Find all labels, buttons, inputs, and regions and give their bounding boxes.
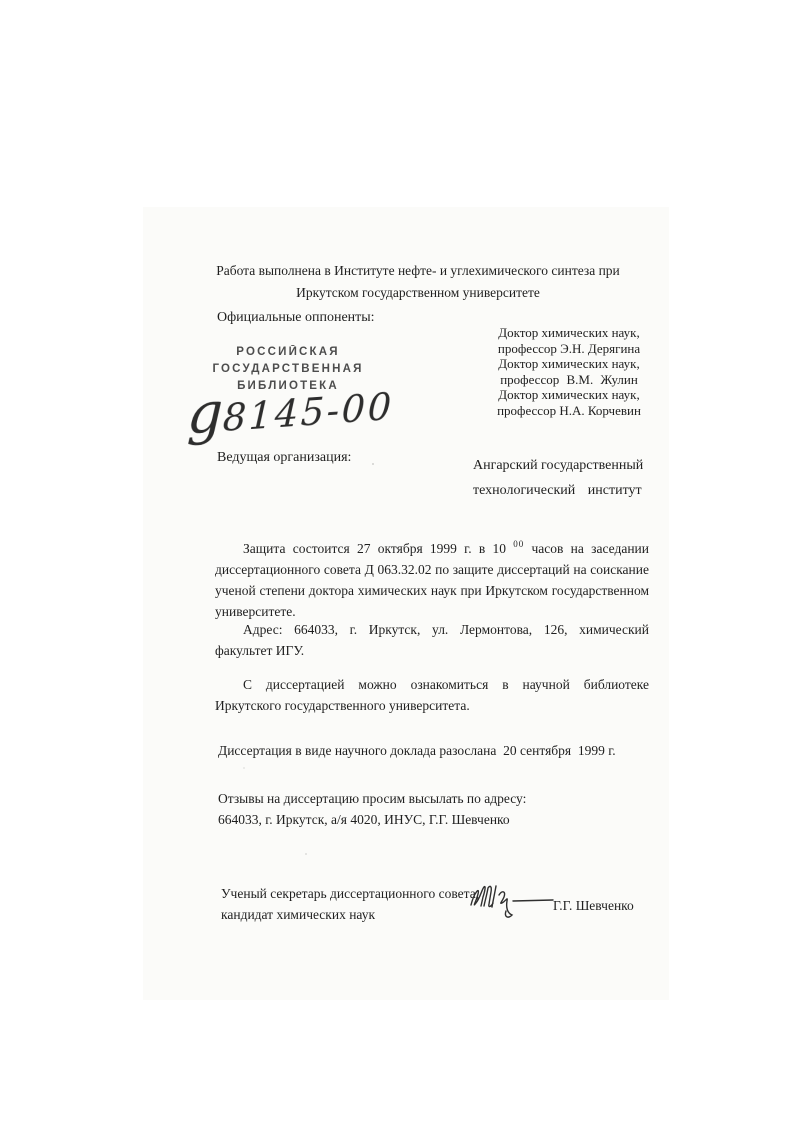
scan-speckle [305,853,307,855]
leading-org-line-2: технологический институт [473,478,643,503]
scan-speckle [613,907,615,909]
stamp-line-1: РОССИЙСКАЯ [198,344,378,361]
defense-line-2: диссертационного совета Д 063.32.02 по з… [215,559,649,580]
defense-paragraph: Защита состоится 27 октября 1999 г. в 10… [215,534,649,622]
secretary-line-1: Ученый секретарь диссертационного совета… [221,883,479,904]
heading-line-1: Работа выполнена в Институте нефте- и уг… [183,260,653,282]
defense-hours-superscript: 00 [513,539,524,549]
feedback-address: Отзывы на диссертацию просим высылать по… [218,788,526,830]
scan-speckle [372,463,374,465]
opponent-degree: Доктор химических наук, [483,325,655,341]
library-access-paragraph: С диссертацией можно ознакомиться в науч… [215,674,649,716]
feedback-line-2: 664033, г. Иркутск, а/я 4020, ИНУС, Г.Г.… [218,809,526,830]
accession-digits: 8145-00 [222,385,394,440]
document-page: Работа выполнена в Институте нефте- и уг… [143,207,669,1000]
scan-speckle [243,767,245,769]
leading-org-line-1: Ангарский государственный [473,453,643,478]
opponent-name: профессор В.М. Жулин [483,372,655,388]
defense-line-3: ученой степени доктора химических наук п… [215,580,649,601]
opponents-label: Официальные оппоненты: [217,310,375,326]
opponent-degree: Доктор химических наук, [483,356,655,372]
mailed-date-line: Диссертация в виде научного доклада разо… [218,743,616,759]
address-paragraph: Адрес: 664033, г. Иркутск, ул. Лермонтов… [215,619,649,661]
library-line-2: Иркутского государственного университета… [215,695,649,716]
feedback-line-1: Отзывы на диссертацию просим высылать по… [218,788,526,809]
secretary-block: Ученый секретарь диссертационного совета… [221,883,479,925]
secretary-line-2: кандидат химических наук [221,904,479,925]
leading-organization: Ангарский государственный технологически… [473,453,643,503]
opponent-name: профессор Э.Н. Дерягина [483,341,655,357]
heading-line-2: Иркутском государственном университете [183,282,653,304]
accession-prefix: g [186,380,224,448]
address-line-2: факультет ИГУ. [215,640,649,661]
opponent-degree: Доктор химических наук, [483,387,655,403]
signature-scribble [463,873,558,923]
work-performed-heading: Работа выполнена в Институте нефте- и уг… [183,260,653,304]
defense-line-1a: Защита состоится 27 октября 1999 г. в 10 [243,541,506,556]
handwritten-accession-number: g8145-00 [186,368,395,448]
defense-line-1b: часов на заседании [532,541,649,556]
opponent-name: профессор Н.А. Корчевин [483,403,655,419]
opponents-list: Доктор химических наук, профессор Э.Н. Д… [483,325,655,418]
defense-line-1: Защита состоится 27 октября 1999 г. в 10… [215,534,649,559]
secretary-name: Г.Г. Шевченко [553,898,634,914]
leading-organization-label: Ведущая организация: [217,450,351,466]
address-line-1: Адрес: 664033, г. Иркутск, ул. Лермонтов… [215,619,649,640]
library-line-1: С диссертацией можно ознакомиться в науч… [215,674,649,695]
